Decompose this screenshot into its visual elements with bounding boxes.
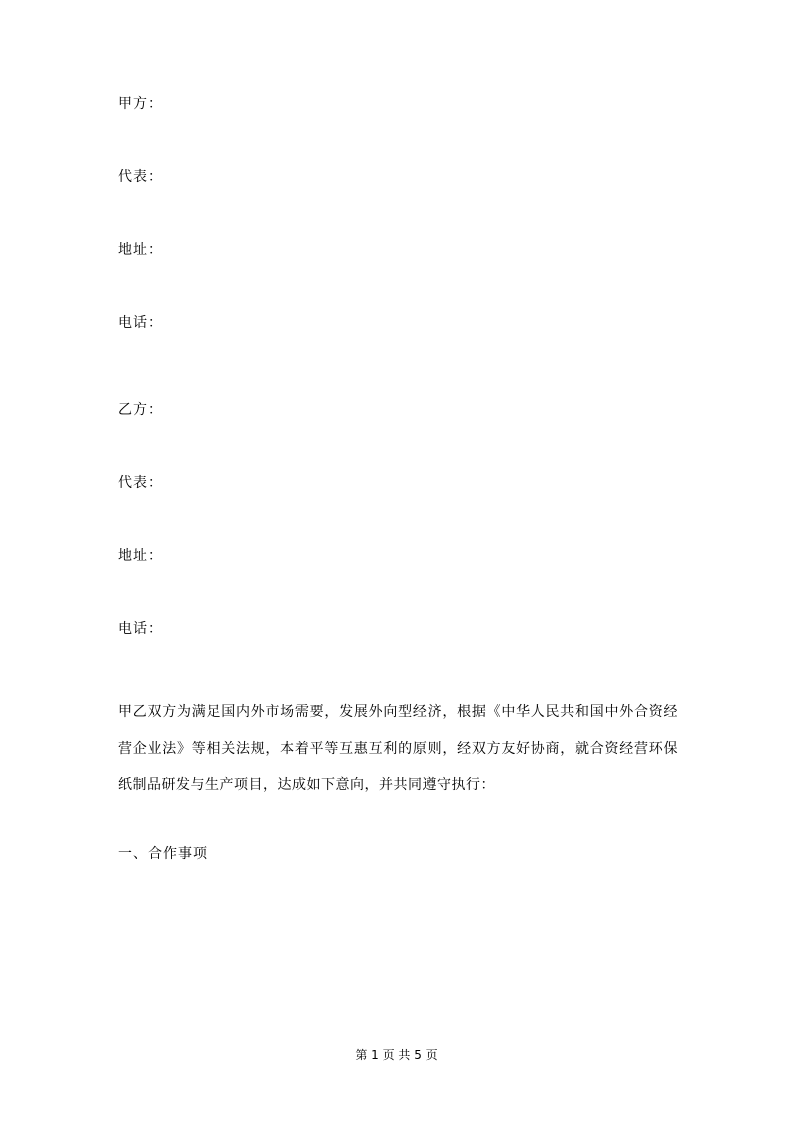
preamble-paragraph: 甲乙双方为满足国内外市场需要，发展外向型经济，根据《中华人民共和国中外合资经营企… — [118, 694, 678, 804]
page-number-indicator: 第 1 页 共 5 页 — [355, 1048, 437, 1062]
page-footer: 第 1 页 共 5 页 — [0, 1048, 793, 1063]
party-a-name-label: 甲方： — [118, 96, 678, 112]
party-a-representative-label: 代表： — [118, 169, 678, 185]
party-a-phone-label: 电话： — [118, 315, 678, 331]
document-page: 甲方： 代表： 地址： 电话： 乙方： 代表： 地址： 电话： 甲乙双方为满足国… — [0, 0, 793, 1122]
party-b-block: 乙方： 代表： 地址： 电话： — [118, 402, 678, 637]
party-b-address-label: 地址： — [118, 548, 678, 564]
document-content: 甲方： 代表： 地址： 电话： 乙方： 代表： 地址： 电话： 甲乙双方为满足国… — [118, 96, 678, 862]
party-a-address-label: 地址： — [118, 242, 678, 258]
party-a-block: 甲方： 代表： 地址： 电话： — [118, 96, 678, 331]
section-heading-cooperation-matters: 一、合作事项 — [118, 846, 678, 862]
party-b-phone-label: 电话： — [118, 621, 678, 637]
party-b-representative-label: 代表： — [118, 475, 678, 491]
party-b-name-label: 乙方： — [118, 402, 678, 418]
